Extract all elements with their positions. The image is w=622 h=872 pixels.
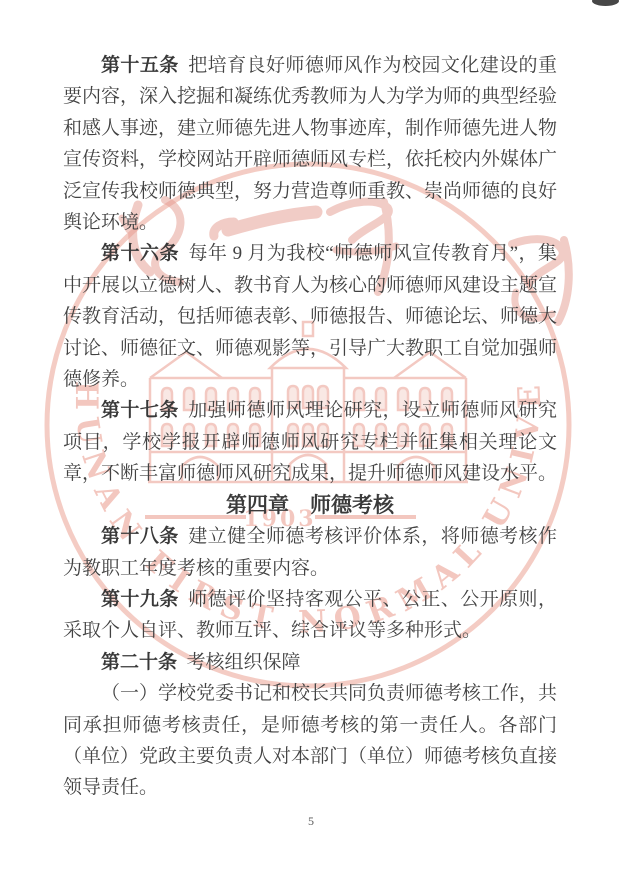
article-20-text: 考核组织保障 xyxy=(187,652,301,673)
paragraph-article-15: 第十五条把培育良好师德师风作为校园文化建设的重要内容，深入挖掘和凝练优秀教师为人… xyxy=(63,50,557,238)
paragraph-article-18: 第十八条建立健全师德考核评价体系，将师德考核作为教职工年度考核的重要内容。 xyxy=(63,521,557,584)
article-15-text: 把培育良好师德师风作为校园文化建设的重要内容，深入挖掘和凝练优秀教师为人为学为师… xyxy=(63,55,557,233)
article-18-label: 第十八条 xyxy=(101,526,179,547)
paragraph-article-17: 第十七条加强师德师风理论研究，设立师德师风研究项目，学校学报开辟师德师风研究专栏… xyxy=(63,395,557,489)
paragraph-article-20: 第二十条考核组织保障 xyxy=(63,647,557,678)
document-page: HUNAN FIRST NORMAL UNIVERSITY 1903 xyxy=(0,0,622,872)
article-19-label: 第十九条 xyxy=(101,589,179,610)
document-content: 第十五条把培育良好师德师风作为校园文化建设的重要内容，深入挖掘和凝练优秀教师为人… xyxy=(63,50,557,804)
article-16-label: 第十六条 xyxy=(101,243,179,264)
paragraph-article-16: 第十六条每年 9 月为我校“师德师风宣传教育月”，集中开展以立德树人、教书育人为… xyxy=(63,238,557,395)
chapter-4-heading: 第四章 师德考核 xyxy=(63,490,557,521)
article-15-label: 第十五条 xyxy=(101,55,179,76)
paragraph-item-1: （一）学校党委书记和校长共同负责师德考核工作，共同承担师德考核责任，是师德考核的… xyxy=(63,678,557,804)
article-17-label: 第十七条 xyxy=(101,400,179,421)
paragraph-article-19: 第十九条师德评价坚持客观公平、公正、公开原则，采取个人自评、教师互评、综合评议等… xyxy=(63,584,557,647)
article-16-text: 每年 9 月为我校“师德师风宣传教育月”，集中开展以立德树人、教书育人为核心的师… xyxy=(63,243,557,390)
page-number: 5 xyxy=(0,814,622,829)
article-20-label: 第二十条 xyxy=(101,652,177,673)
scan-artifact-mark xyxy=(592,0,619,6)
item-1-text: （一）学校党委书记和校长共同负责师德考核工作，共同承担师德考核责任，是师德考核的… xyxy=(63,683,557,798)
